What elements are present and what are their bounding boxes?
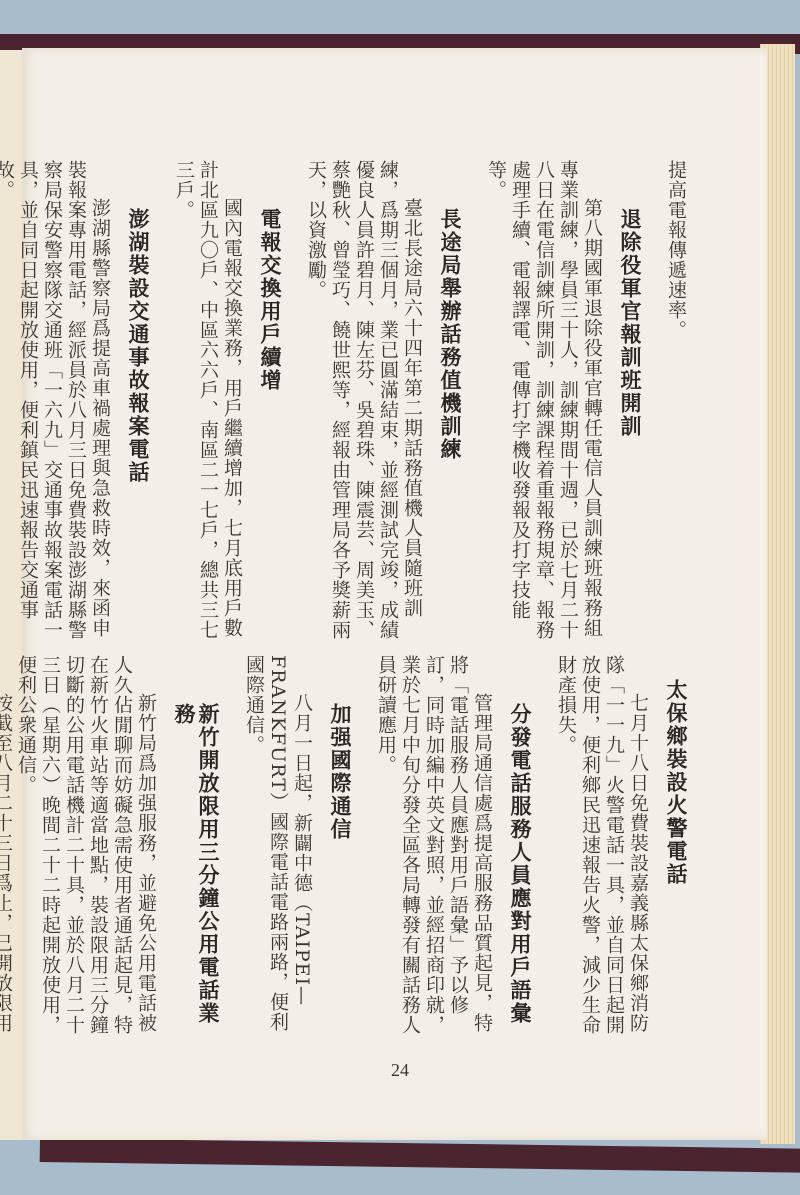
article-paragraph: 第八期國軍退除役軍官轉任電信人員訓練班報務組專業訓練，學員三十人，訓練期間十週，… [484, 160, 604, 640]
article-title: 電報交換用戶續增 [258, 160, 282, 640]
article-title: 澎湖裝設交通事故報案電話 [126, 160, 150, 640]
article-paragraph: 七月十八日免費裝設嘉義縣太保鄉消防隊「一一九」火警電話一具，並自同日起開放使用，… [554, 655, 650, 1040]
article-paragraph: 八月一日起，新闢中德（TAIPEI—FRANKFURT）國際電話電路兩路，便利國… [242, 655, 314, 1040]
bottom-text-band: 太保鄉裝設火警電話 七月十八日免費裝設嘉義縣太保鄉消防隊「一一九」火警電話一具，… [0, 655, 688, 1040]
article-title: 分發電話服務人員應對用戶語彙 [508, 655, 532, 1040]
article-title: 退除役軍官報訓班開訓 [618, 160, 642, 640]
article-title: 加强國際通信 [328, 655, 352, 1040]
continuation-text: 提高電報傳遞速率。 [664, 160, 688, 640]
article-paragraph: 國內電報交換業務，用戶繼續增加，七月底用戶數計北區九〇戶、中區六六戶、南區二一七… [172, 160, 244, 640]
article-paragraph: 澎湖縣警察局爲提高車禍處理與急救時效，來函申裝報案專用電話，經派員於八月三日免費… [0, 160, 112, 640]
article-paragraph: 管理局通信處爲提高服務品質起見，特將「電話服務人員應對用戶語彙」予以修訂，同時加… [374, 655, 494, 1040]
article-title: 新竹開放限用三分鐘公用電話業務 [172, 655, 220, 1040]
top-text-band: 提高電報傳遞速率。 退除役軍官報訓班開訓 第八期國軍退除役軍官轉任電信人員訓練班… [0, 160, 688, 640]
article-paragraph: 按截至八月二十三日爲止，已開放限用三分鐘公用電話之局，連同臺北、桃園、臺中、員林… [0, 655, 14, 1040]
article-title: 長途局舉辦話務值機訓練 [438, 160, 462, 640]
article-paragraph: 新竹局爲加强服務，並避免公用電話被人久佔閒聊而妨礙急需使用者通話起見，特在新竹火… [14, 655, 158, 1040]
article-title: 太保鄉裝設火警電話 [664, 655, 688, 1040]
page-number: 24 [380, 1060, 420, 1081]
article-paragraph: 臺北長途局六十四年第二期話務值機人員隨班訓練，爲期三個月，業已圓滿結束，並經測試… [304, 160, 424, 640]
book-cover-bottom-edge [40, 1138, 800, 1173]
